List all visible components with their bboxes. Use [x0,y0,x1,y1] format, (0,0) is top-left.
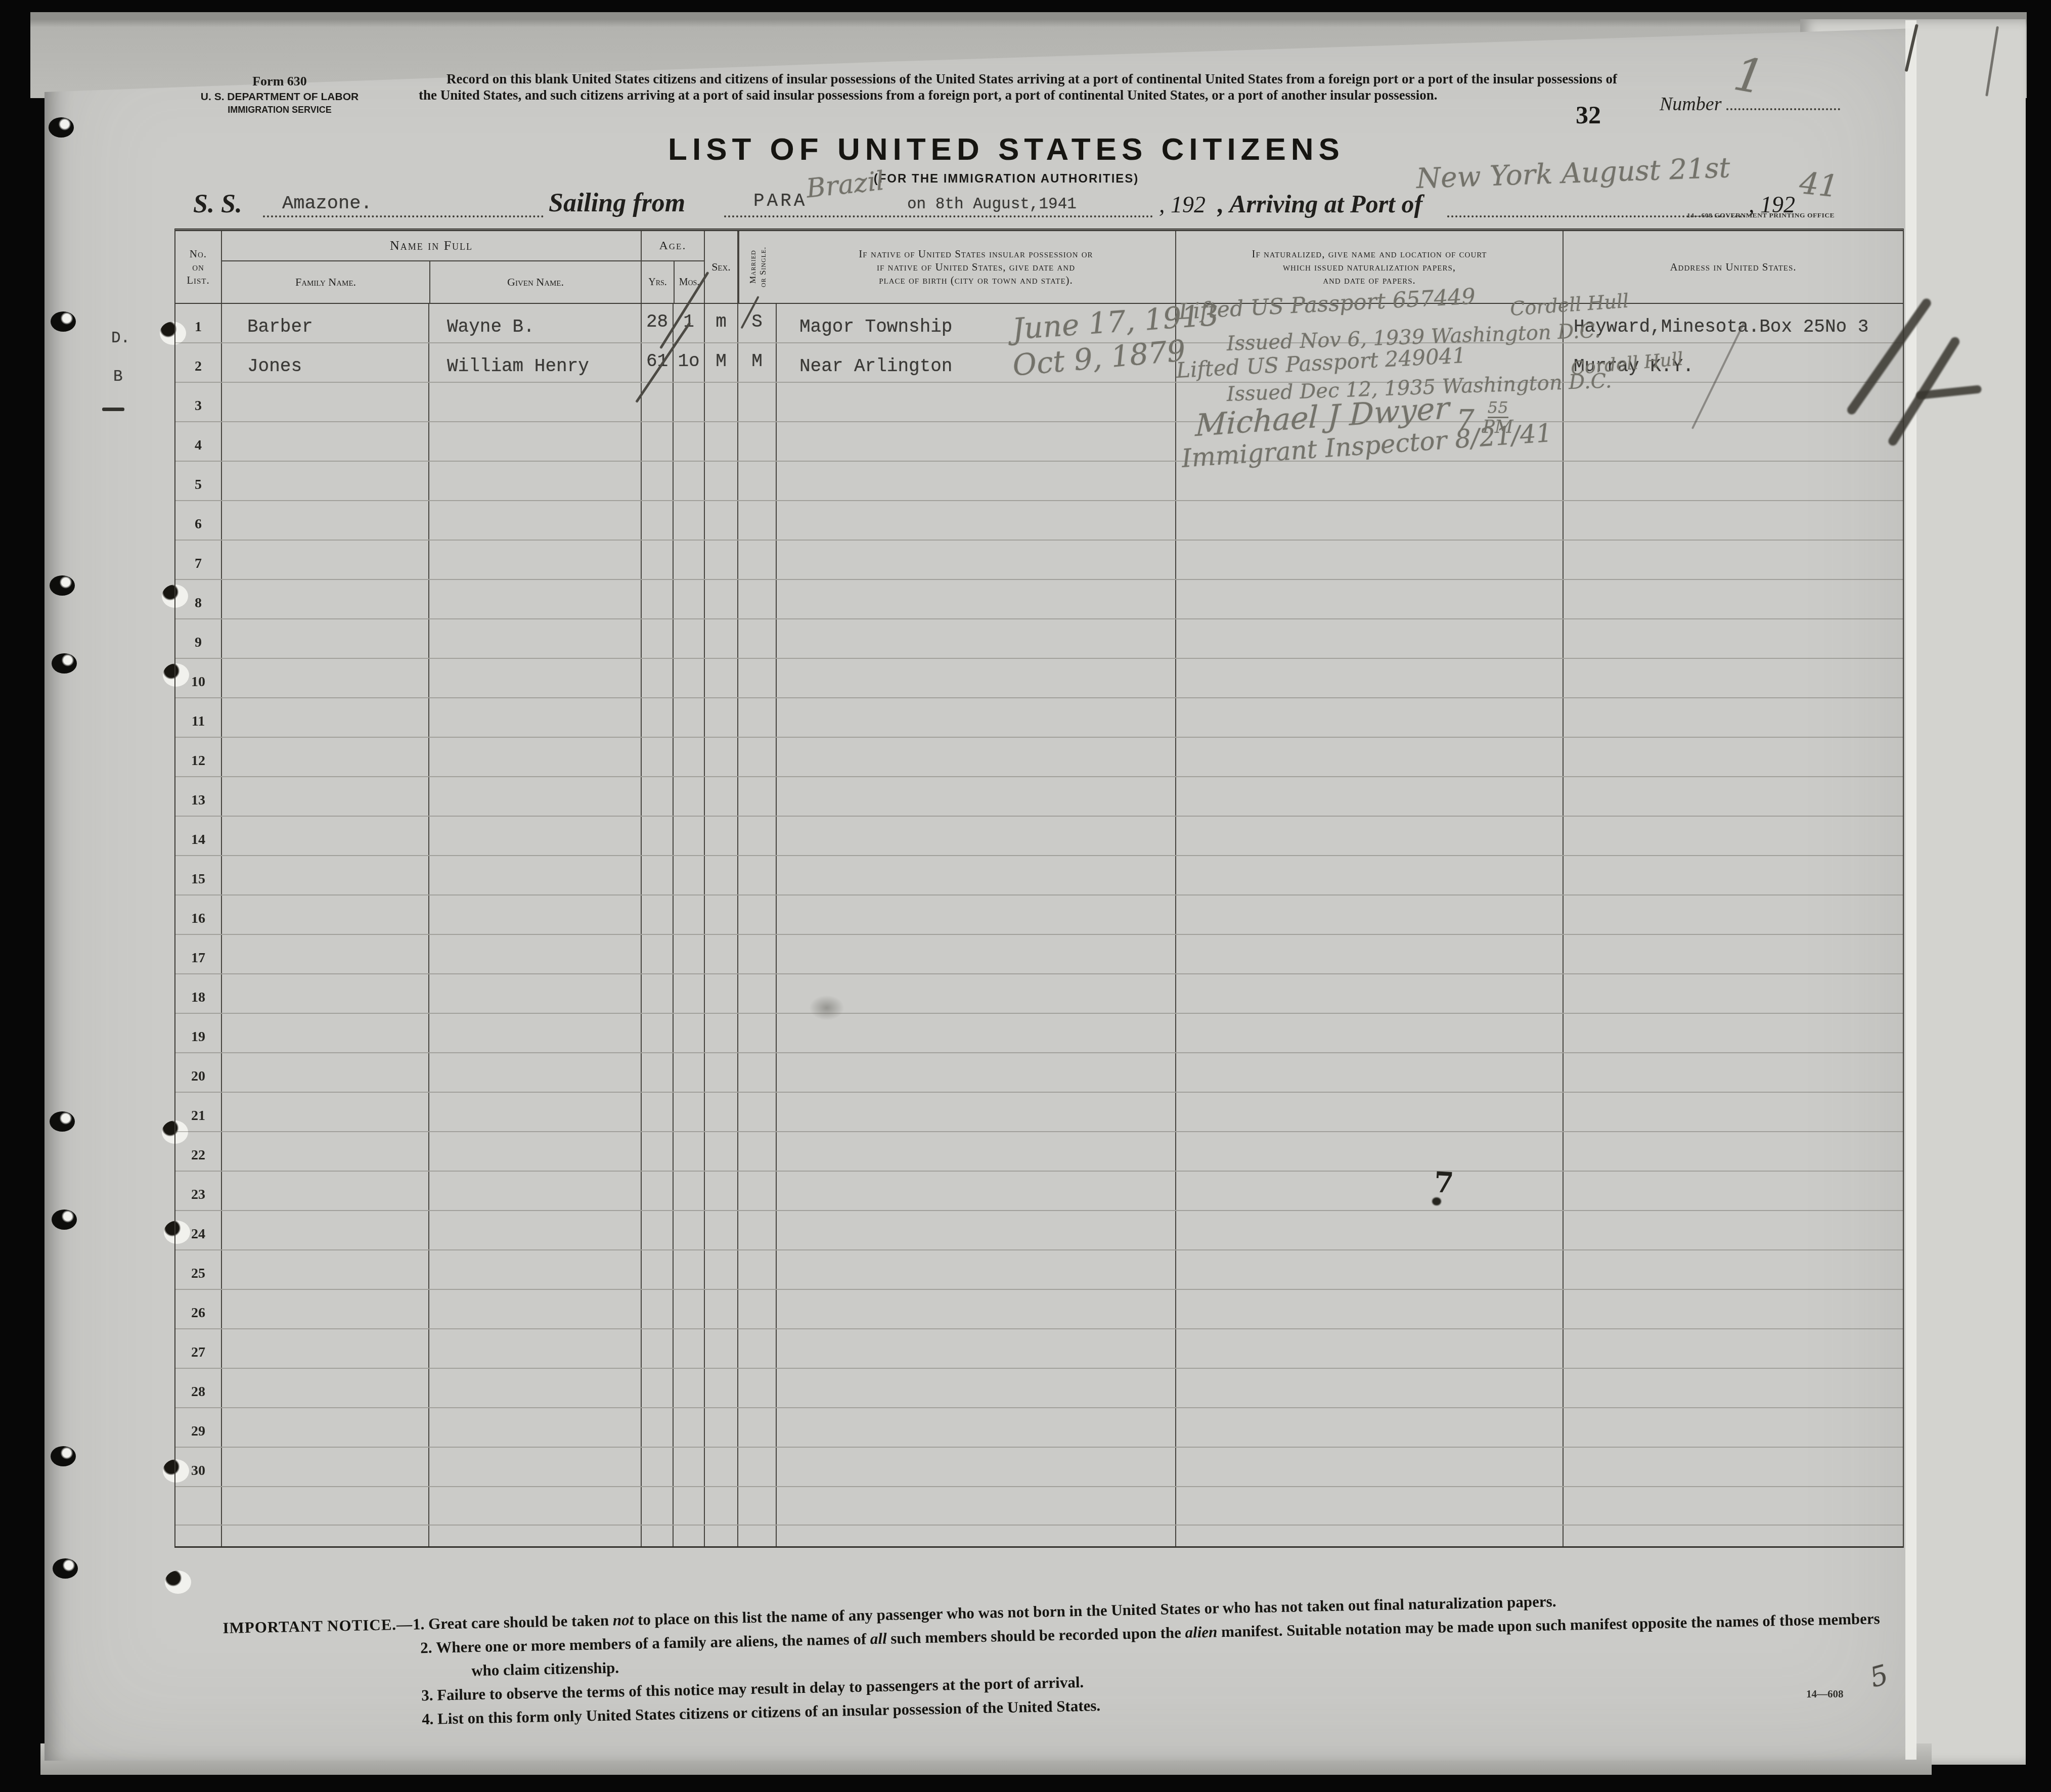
cell-married [738,777,777,816]
cell-sex [705,1132,738,1171]
punch-hole [165,1571,191,1594]
cell-married [738,856,777,894]
year-blank-1: , 192 [1159,191,1206,218]
cell-mos [674,777,705,816]
cell-empty [738,1487,777,1525]
cell-given [429,580,642,618]
paper-right-edge [1905,20,1916,1760]
cell-address [1564,895,1903,934]
cell-family [222,738,429,776]
cell-no: 17 [175,935,222,973]
cell-married [738,1172,777,1210]
cell-sex [705,462,738,500]
typed-married: S [751,311,763,337]
cell-natur [1176,619,1564,658]
cell-no: 22 [175,1132,222,1171]
service-name: IMMIGRATION SERVICE [196,105,363,115]
notice-heading: IMPORTANT NOTICE.— [222,1615,413,1637]
cell-married [738,698,777,737]
cell-birth [777,817,1176,855]
cell-married [738,1250,777,1289]
cell-sex [705,1448,738,1486]
cell-family [222,462,429,500]
col-header-yrs: Yrs. [642,261,674,303]
table-row: 3 [175,383,1903,422]
cell-natur [1176,817,1564,855]
cell-given [429,1250,642,1289]
cell-natur [1176,1093,1564,1131]
cell-given [429,1408,642,1447]
notice-item-number: 1. [413,1615,429,1633]
form-instructions: Record on this blank United States citiz… [419,71,1617,103]
table-row: 13 [175,777,1903,817]
cell-address [1564,659,1903,697]
cell-sex [705,501,738,540]
col-header-married-or-single: Married or Single. [738,231,777,303]
cell-mos [674,1290,705,1328]
notice-text: not [613,1611,634,1629]
cell-given [429,541,642,579]
cell-empty [705,1487,738,1525]
cell-married [738,580,777,618]
cell-natur [1176,1290,1564,1328]
cell-address [1564,619,1903,658]
time-minutes: 55 [1488,399,1508,418]
notice-item-number: 4. [422,1710,438,1728]
cell-sex [705,1250,738,1289]
cell-family [222,1408,429,1447]
cell-married [738,659,777,697]
cell-no: 10 [175,659,222,697]
cell-yrs [642,698,674,737]
cell-birth [777,462,1176,500]
cell-no: 11 [175,698,222,737]
cell-married [738,541,777,579]
cell-given [429,1014,642,1052]
cell-no: 8 [175,580,222,618]
cell-no: 28 [175,1369,222,1407]
cell-sex [705,1329,738,1368]
cell-birth [777,698,1176,737]
cell-family [222,580,429,618]
cell-no: 23 [175,1172,222,1210]
cell-empty [175,1526,222,1546]
table-row: 23 [175,1172,1903,1211]
table-row: 14 [175,817,1903,856]
cell-given [429,974,642,1013]
cell-mos [674,1053,705,1092]
cell-given [429,1053,642,1092]
cell-sex [705,1014,738,1052]
cell-birth [777,1093,1176,1131]
cell-birth [777,738,1176,776]
cell-empty [738,1526,777,1546]
cell-address [1564,856,1903,894]
cell-birth [777,1329,1176,1368]
department-name: U. S. DEPARTMENT OF LABOR [196,91,363,103]
cell-no: 18 [175,974,222,1013]
cell-no: 1 [175,304,222,342]
cell-yrs [642,501,674,540]
cell-married [738,1329,777,1368]
cell-empty [175,1487,222,1525]
cell-natur [1176,659,1564,697]
cell-family [222,1290,429,1328]
notice-item-number: 3. [421,1686,437,1705]
cell-given [429,501,642,540]
cell-given [429,856,642,894]
cell-married [738,1093,777,1131]
cell-sex [705,738,738,776]
cell-family: Barber [222,304,429,342]
cell-empty [777,1487,1176,1525]
cell-no: 4 [175,422,222,461]
cell-married [738,619,777,658]
cell-birth [777,580,1176,618]
typed-family: Barber [222,317,313,342]
cell-empty [1564,1487,1903,1525]
cell-empty [429,1526,642,1546]
cell-natur [1176,895,1564,934]
cell-given [429,1448,642,1486]
cell-no: 7 [175,541,222,579]
notice-item-number: 2. [420,1639,436,1657]
cell-birth [777,1172,1176,1210]
cell-mos [674,1093,705,1131]
cell-sex [705,777,738,816]
cell-address [1564,1014,1903,1052]
printer-code-bottom: 14—608 [1806,1688,1844,1700]
typed-married: M [751,351,763,377]
cell-birth [777,935,1176,973]
cell-mos [674,1408,705,1447]
cell-birth [777,856,1176,894]
cell-sex [705,659,738,697]
cell-no: 27 [175,1329,222,1368]
cell-mos [674,698,705,737]
cell-birth [777,895,1176,934]
sailing-port-typed: PARA [753,191,807,211]
cell-yrs [642,462,674,500]
cell-yrs [642,817,674,855]
citizens-table: No. on List. Name in Full Family Name. G… [174,229,1904,1548]
table-row: 24 [175,1211,1903,1250]
cell-no: 9 [175,619,222,658]
cell-address [1564,1053,1903,1092]
cell-no: 5 [175,462,222,500]
page-number-stamp: 32 [1576,100,1601,129]
cell-given [429,659,642,697]
cell-given [429,935,642,973]
cell-mos [674,738,705,776]
cell-no: 16 [175,895,222,934]
cell-no: 26 [175,1290,222,1328]
blank-row [175,1526,1903,1546]
cell-mos [674,1014,705,1052]
cell-address [1564,1132,1903,1171]
cell-no: 12 [175,738,222,776]
cell-address [1564,777,1903,816]
cell-mos [674,422,705,461]
cell-given [429,1369,642,1407]
cell-no: 30 [175,1448,222,1486]
cell-yrs [642,974,674,1013]
notice-text: such members should be recorded upon the [886,1624,1185,1647]
table-row: 29 [175,1408,1903,1448]
cell-given [429,1172,642,1210]
cell-family [222,1329,429,1368]
cell-mos [674,817,705,855]
col-header-family-name: Family Name. [222,261,429,303]
cell-married [738,1290,777,1328]
cell-natur [1176,541,1564,579]
cell-family [222,1211,429,1249]
cell-mos [674,1369,705,1407]
cell-family [222,1250,429,1289]
cell-given [429,1290,642,1328]
cell-married [738,1369,777,1407]
cell-natur [1176,1014,1564,1052]
cell-natur [1176,1408,1564,1447]
typed-birth: Near Arlington [777,356,952,382]
cell-married [738,1408,777,1447]
cell-sex [705,1290,738,1328]
cell-address [1564,1329,1903,1368]
cell-yrs [642,1369,674,1407]
cell-empty [674,1487,705,1525]
cell-empty [674,1526,705,1546]
punch-hole [51,1446,76,1466]
typed-birth: Magor Township [777,317,952,342]
cell-no: 29 [175,1408,222,1447]
table-row: 18 [175,974,1903,1014]
arriving-label: , Arriving at Port of [1218,189,1422,218]
smudge-mark [809,995,844,1020]
cell-given [429,1329,642,1368]
punch-hole [51,311,76,332]
cell-yrs [642,895,674,934]
cell-yrs [642,659,674,697]
cell-yrs [642,422,674,461]
cell-natur [1176,974,1564,1013]
cell-given [429,698,642,737]
cell-birth [777,1448,1176,1486]
cell-sex [705,698,738,737]
margin-letter-d: D. [111,330,130,347]
cell-married [738,1014,777,1052]
margin-letter-b: B [113,368,123,386]
cell-family [222,1014,429,1052]
cell-mos: 1o [674,343,705,382]
cell-yrs [642,1448,674,1486]
cell-address [1564,974,1903,1013]
cell-no: 13 [175,777,222,816]
col-header-name-in-full: Name in Full [222,231,641,261]
cell-given [429,777,642,816]
typed-sex: M [716,351,727,377]
table-row: 4 [175,422,1903,462]
cell-mos [674,1329,705,1368]
cell-yrs [642,856,674,894]
cell-given [429,1211,642,1249]
cell-yrs [642,1250,674,1289]
cell-mos [674,619,705,658]
cell-birth [777,1211,1176,1249]
cell-sex [705,1053,738,1092]
cell-sex [705,1172,738,1210]
cell-sex: m [705,304,738,342]
cell-married: M [738,343,777,382]
ship-name-typed: Amazone. [282,193,372,214]
form-number: Form 630 [196,74,363,89]
cell-birth [777,1053,1176,1092]
table-row: 17 [175,935,1903,974]
cell-yrs [642,1132,674,1171]
table-header: No. on List. Name in Full Family Name. G… [175,231,1903,304]
cell-family [222,501,429,540]
handwritten-port: Brazil [805,168,885,202]
cell-mos [674,1250,705,1289]
sailing-port-line: PARA on 8th August,1941 [724,186,1153,217]
cell-birth [777,619,1176,658]
cell-married [738,817,777,855]
cell-birth [777,1014,1176,1052]
cell-mos [674,895,705,934]
table-row: 7 [175,541,1903,580]
cell-family [222,422,429,461]
cell-birth [777,1250,1176,1289]
cell-no: 25 [175,1250,222,1289]
cell-address [1564,580,1903,618]
age-subheaders: Yrs. Mos. [642,261,704,303]
cell-birth [777,501,1176,540]
cell-given [429,383,642,421]
cell-no: 24 [175,1211,222,1249]
cell-natur [1176,738,1564,776]
cell-yrs [642,777,674,816]
cell-family [222,1093,429,1131]
cell-birth [777,1132,1176,1171]
cell-natur [1176,777,1564,816]
cell-family [222,1172,429,1210]
cell-married [738,1053,777,1092]
cell-yrs [642,935,674,973]
col-header-no-on-list: No. on List. [175,231,222,303]
margin-dash [102,408,124,411]
cell-natur [1176,698,1564,737]
table-row: 12 [175,738,1903,777]
cell-empty [642,1487,674,1525]
cell-yrs [642,738,674,776]
cell-no: 6 [175,501,222,540]
table-row: 8 [175,580,1903,619]
cell-natur [1176,1211,1564,1249]
cell-sex [705,619,738,658]
cell-no: 20 [175,1053,222,1092]
table-row: 6 [175,501,1903,541]
cell-family [222,1369,429,1407]
cell-birth [777,659,1176,697]
cell-mos [674,541,705,579]
cell-sex [705,580,738,618]
cell-yrs [642,1014,674,1052]
cell-yrs [642,1290,674,1328]
col-header-mos: Mos. [674,261,704,303]
cell-yrs [642,619,674,658]
cell-sex [705,1369,738,1407]
cell-given: Wayne B. [429,304,642,342]
cell-address [1564,1211,1903,1249]
typed-sex: m [716,311,727,337]
cell-sex [705,817,738,855]
number-label: Number [1660,94,1721,115]
col-header-given-name: Given Name. [429,261,641,303]
cell-mos [674,580,705,618]
typed-mos: 1o [678,351,699,377]
cell-given [429,462,642,500]
cell-married [738,935,777,973]
cell-natur [1176,1132,1564,1171]
cell-married [738,462,777,500]
cell-natur [1176,856,1564,894]
cell-mos [674,935,705,973]
cell-given [429,738,642,776]
cell-family [222,777,429,816]
cell-address [1564,935,1903,973]
table-row: 5 [175,462,1903,501]
cell-sex [705,1093,738,1131]
cell-birth [777,1290,1176,1328]
cell-sex [705,974,738,1013]
cell-married [738,383,777,421]
cell-no: 3 [175,383,222,421]
table-row: 30 [175,1448,1903,1487]
notice-text: Great care should be taken [428,1611,613,1633]
stray-ink-seven: 7 [1433,1166,1454,1200]
cell-empty [1176,1487,1564,1525]
cell-natur [1176,1172,1564,1210]
cell-address [1564,501,1903,540]
handwritten-arrival-year: 41 [1798,168,1840,202]
col-header-birth: If native of United States insular posse… [777,231,1176,303]
cell-address [1564,422,1903,461]
col-header-age: Age. [642,231,704,261]
cell-yrs [642,541,674,579]
cell-family [222,659,429,697]
cell-married [738,501,777,540]
ship-name-line: Amazone. [263,186,544,217]
cell-family [222,698,429,737]
cell-given [429,1093,642,1131]
cell-birth [777,777,1176,816]
cell-mos [674,383,705,421]
cell-birth [777,541,1176,579]
cell-family [222,1448,429,1486]
cell-family [222,1132,429,1171]
cell-married [738,1448,777,1486]
table-row: 20 [175,1053,1903,1093]
punch-hole [50,1111,75,1132]
cell-empty [705,1526,738,1546]
cell-natur [1176,580,1564,618]
cell-address [1564,1172,1903,1210]
cell-given: William Henry [429,343,642,382]
cell-address [1564,738,1903,776]
cell-sex [705,541,738,579]
notice-text: all [870,1630,886,1648]
cell-mos [674,1211,705,1249]
cell-given [429,422,642,461]
